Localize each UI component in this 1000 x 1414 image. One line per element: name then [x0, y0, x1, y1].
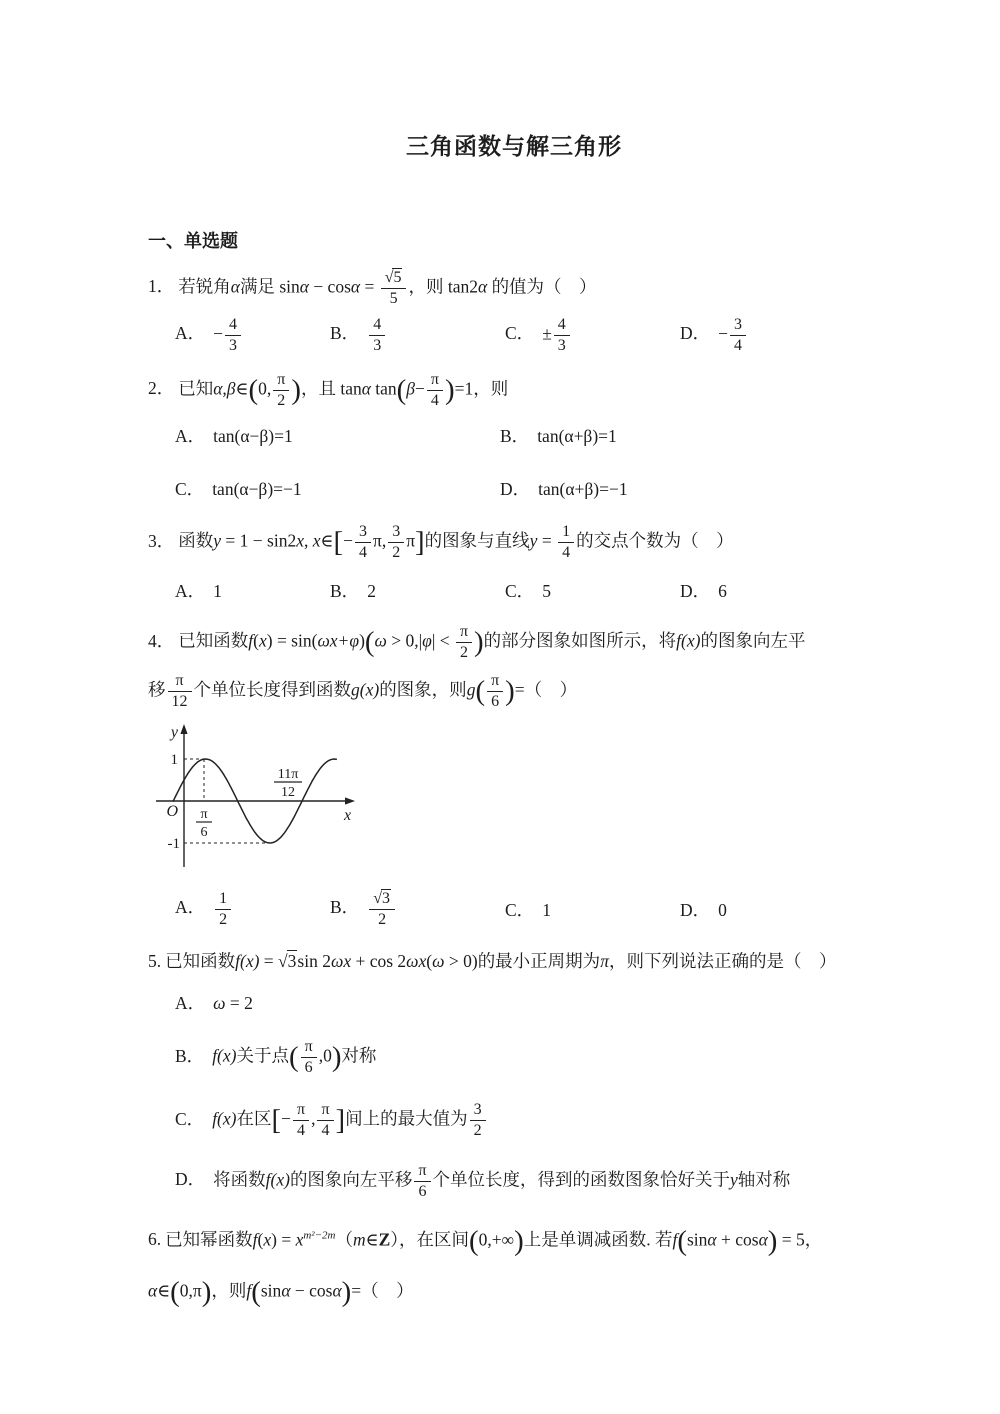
math-run: , [304, 531, 313, 551]
fraction: 34 [730, 316, 746, 355]
variable: ω [213, 993, 225, 1013]
question-2-stem: 2．已知α,β∈(0,π2)，且 tanα tan(β−π4)=1，则 [148, 371, 880, 410]
option-label: B． [330, 581, 359, 601]
right-paren: ) [202, 1276, 212, 1308]
y-min-label: -1 [168, 836, 181, 852]
left-paren: ( [475, 675, 485, 707]
math-run: 0,π [180, 1280, 202, 1300]
fraction: √55 [381, 269, 407, 308]
math-run: = [360, 276, 379, 296]
text-run: 的部分图象如图所示，将 [484, 631, 677, 651]
fraction-denominator: 6 [301, 1057, 317, 1077]
fraction-denominator: 2 [388, 542, 404, 562]
fraction-denominator: 3 [225, 335, 241, 355]
fraction-denominator: 2 [369, 909, 395, 929]
fraction: π4 [293, 1101, 309, 1140]
fraction-denominator: 6 [487, 691, 503, 711]
math-run: = [537, 531, 556, 551]
fraction-numerator: π [293, 1101, 309, 1120]
option-b: B．f(x)关于点(π6,0)对称 [148, 1038, 880, 1077]
text-run: ，则 [408, 276, 447, 296]
option-value: 1 [542, 900, 551, 920]
function-graph: y x O 1 -1 π 6 11π 12 [148, 721, 364, 873]
math-run: tan(α+β)=1 [537, 426, 617, 446]
option-a: A．1 [175, 578, 330, 603]
question-number: 1． [148, 276, 174, 296]
text-run: 在区 [236, 1109, 271, 1129]
right-paren: ) [342, 1276, 352, 1308]
option-a: A．tan(α−β)=1 [175, 423, 500, 448]
math-run: sin 2 [297, 951, 331, 971]
text-run: 移 [148, 679, 166, 699]
text-run: 的交点个数为（ ） [576, 531, 734, 551]
option-label: C． [505, 323, 534, 343]
fraction-numerator: 1 [215, 890, 231, 909]
question-3-stem: 3．函数y = 1 − sin2x, x∈[−34π,32π]的图象与直线y =… [148, 523, 880, 562]
math-run: > 0, [387, 631, 419, 651]
fraction-numerator: π [273, 371, 289, 390]
math-run: , [311, 1109, 315, 1129]
option-label: D． [680, 900, 710, 920]
option-c: C．±43 [505, 316, 680, 355]
math-run: − [415, 378, 425, 398]
fraction-numerator: π [414, 1162, 430, 1181]
option-a: A．12 [175, 890, 330, 929]
option-c: C．5 [505, 578, 680, 603]
question-number: 4． [148, 631, 174, 651]
sign: − [281, 1109, 291, 1129]
radicand: 3 [287, 950, 298, 971]
math-run: > 0 [444, 951, 471, 971]
right-paren: ) [505, 675, 515, 707]
option-b: B．√32 [330, 890, 505, 929]
variable: φ [422, 631, 432, 651]
option-d: D．将函数f(x)的图象向左平移π6个单位长度，得到的函数图象恰好关于y轴对称 [148, 1162, 880, 1201]
fraction-numerator: π [317, 1101, 333, 1120]
radicand: 5 [392, 268, 402, 286]
option-label: C． [175, 479, 204, 499]
math-run: tan(α−β)=1 [213, 426, 293, 446]
fraction-numerator: 4 [369, 316, 385, 335]
variable: α [362, 378, 376, 398]
fraction-denominator: 5 [381, 288, 407, 308]
variable: x [259, 631, 267, 651]
right-bracket: ] [415, 526, 425, 558]
variable: ωx [331, 951, 351, 971]
math-run: ）， [390, 1229, 416, 1249]
text-run: 对称 [341, 1046, 376, 1066]
fraction-denominator: 12 [168, 691, 192, 711]
fraction: 43 [225, 316, 241, 355]
text-run: 上是单调减函数. 若 [524, 1229, 673, 1249]
left-paren: ( [397, 374, 407, 406]
fraction: √32 [369, 890, 395, 929]
text-run: 若锐角 [178, 276, 231, 296]
math-run: ,0 [319, 1046, 332, 1066]
fraction-numerator: 3 [355, 523, 371, 542]
variable: f(x) [676, 631, 700, 651]
right-paren: ) [445, 374, 455, 406]
math-run: ∈ [366, 1229, 379, 1249]
math-run: sin [687, 1229, 707, 1249]
variable: α [148, 1280, 157, 1300]
option-label: B． [500, 426, 529, 446]
text-run: 间上的最大值为 [345, 1109, 468, 1129]
variable: α [478, 276, 487, 296]
fraction-denominator: 4 [317, 1120, 333, 1140]
fraction-numerator: 3 [388, 523, 404, 542]
fraction-numerator: π [200, 807, 207, 822]
fraction: 32 [470, 1101, 486, 1140]
fraction: π4 [427, 371, 443, 410]
question-number: 2． [148, 378, 174, 398]
variable: f(x) [266, 1169, 290, 1189]
variable: x [296, 531, 304, 551]
fraction-denominator: 2 [273, 390, 289, 410]
fraction: π4 [317, 1101, 333, 1140]
text-run: ，则 [211, 1280, 246, 1300]
fraction: π12 [168, 672, 192, 711]
text-run: 已知 [178, 378, 213, 398]
math-run: ∈ [236, 378, 249, 398]
right-bracket: ] [336, 1104, 346, 1136]
option-b: B．tan(α+β)=1 [500, 423, 880, 448]
option-label: C． [505, 581, 534, 601]
math-run: π [406, 531, 415, 551]
fraction-denominator: 2 [215, 909, 231, 929]
variable: x [263, 1229, 271, 1249]
variable: α,β [213, 378, 235, 398]
fraction-numerator: π [427, 371, 443, 390]
question-number: 6. [148, 1229, 161, 1249]
fraction: π6 [414, 1162, 430, 1201]
option-label: D． [680, 323, 710, 343]
sign: − [343, 531, 353, 551]
option-b: B．43 [330, 316, 505, 355]
question-4-stem-line-1: 4．已知函数f(x) = sin(ωx+φ)(ω > 0,|φ| < π2)的部… [148, 623, 880, 662]
radical-icon: √ [373, 890, 381, 907]
option-label: B． [175, 1046, 204, 1066]
math-run: − cos [291, 1280, 333, 1300]
fraction: 43 [554, 316, 570, 355]
text-run: 的图象向左平移 [290, 1169, 413, 1189]
option-d: D．0 [680, 897, 880, 922]
math-run: tan2 [448, 276, 478, 296]
fraction-denominator: 6 [414, 1181, 430, 1201]
question-number: 5. [148, 951, 161, 971]
fraction-numerator: 11π [278, 767, 299, 782]
fraction: π6 [301, 1038, 317, 1077]
variable: ωx+φ [317, 631, 359, 651]
text-run: 轴对称 [738, 1169, 791, 1189]
variable: α [707, 1229, 716, 1249]
option-label: A． [175, 323, 205, 343]
fraction-denominator: 4 [427, 390, 443, 410]
text-run: 个单位长度得到函数 [194, 679, 352, 699]
question-5: 5.已知函数f(x) = √3sin 2ωx + cos 2ωx(ω > 0)的… [148, 951, 880, 1201]
text-run: 满足 [240, 276, 279, 296]
fraction-denominator: 4 [355, 542, 371, 562]
option-label: B． [330, 323, 359, 343]
math-run: tan [375, 378, 396, 398]
option-value: 5 [542, 581, 551, 601]
fraction-denominator: 2 [470, 1120, 486, 1140]
text-run: 的最小正周期为 [478, 951, 601, 971]
variable: x [313, 531, 321, 551]
math-run: = 2 [226, 993, 253, 1013]
origin-label: O [166, 803, 178, 820]
fraction: 14 [558, 523, 574, 562]
left-paren: ( [289, 1041, 299, 1073]
text-run: ，则下列说法正确的是（ ） [609, 951, 837, 971]
text-run: 已知幂函数 [165, 1229, 253, 1249]
text-run: 的图象，则 [379, 679, 467, 699]
fraction-denominator: 2 [456, 642, 472, 662]
math-run: sin [261, 1280, 281, 1300]
left-paren: ( [170, 1276, 180, 1308]
math-run: 0, [258, 378, 271, 398]
option-value: 0 [718, 900, 727, 920]
variable: y [730, 1169, 738, 1189]
radicand: 3 [381, 889, 391, 907]
fraction-numerator: π [456, 623, 472, 642]
exam-page: 三角函数与解三角形 一、单选题 1．若锐角α满足 sinα − cosα = √… [0, 0, 1000, 1414]
radical-icon: √ [278, 951, 287, 971]
math-run: ∈ [321, 531, 334, 551]
x-axis-arrow-icon [345, 797, 355, 804]
fraction-numerator: 4 [554, 316, 570, 335]
option-label: C． [175, 1109, 204, 1129]
question-6-stem-line-1: 6.已知幂函数f(x) = xm²−2m（m∈Z），在区间(0,+∞)上是单调减… [148, 1227, 880, 1256]
fraction-denominator: 3 [369, 335, 385, 355]
question-4-options: A．12 B．√32 C．1 D．0 [148, 890, 880, 929]
variable: α [332, 1280, 341, 1300]
right-paren: ) [514, 1225, 524, 1257]
fraction: 34 [355, 523, 371, 562]
option-d: D．tan(α+β)=−1 [500, 476, 880, 501]
fraction-denominator: 6 [201, 825, 208, 840]
peak-x-tick-label: π 6 [196, 807, 212, 840]
variable: ωx [406, 951, 426, 971]
text-run: 的图象与直线 [425, 531, 530, 551]
y-max-label: 1 [171, 752, 179, 768]
y-axis-arrow-icon [180, 724, 187, 734]
option-label: A． [175, 993, 205, 1013]
right-paren: ) [291, 374, 301, 406]
option-label: A． [175, 581, 205, 601]
fraction-numerator: √5 [381, 269, 407, 288]
fraction: 32 [388, 523, 404, 562]
left-paren: ( [469, 1225, 479, 1257]
fraction-numerator: π [487, 672, 503, 691]
math-run: =（ ） [515, 679, 577, 699]
text-run: 函数 [178, 531, 213, 551]
option-c: C．1 [505, 897, 680, 922]
text-run: 在区间 [417, 1229, 470, 1249]
math-run: ∈ [157, 1280, 170, 1300]
option-c: C．tan(α−β)=−1 [175, 476, 500, 501]
math-run: = 5， [777, 1229, 822, 1249]
option-d: D．−34 [680, 316, 880, 355]
text-run: 已知函数 [165, 951, 235, 971]
math-run: = [259, 951, 278, 971]
right-paren: ) [332, 1041, 342, 1073]
sign: ± [542, 323, 552, 343]
variable: f(x) [235, 951, 259, 971]
math-run: （ [335, 1229, 353, 1249]
fraction: π2 [456, 623, 472, 662]
option-c: C．f(x)在区[−π4,π4]间上的最大值为32 [148, 1101, 880, 1140]
exponent: m²−2m [303, 1230, 335, 1242]
x-axis-label: x [343, 807, 351, 824]
math-run: tan(α−β)=−1 [212, 479, 301, 499]
option-value: 2 [367, 581, 376, 601]
fraction: π2 [273, 371, 289, 410]
left-paren: ( [249, 374, 259, 406]
variable: α [231, 276, 240, 296]
math-run: =1 [455, 378, 474, 398]
question-4-stem-line-2: 移π12个单位长度得到函数g(x)的图象，则g(π6)=（ ） [148, 672, 880, 711]
question-6-stem-line-2: α∈(0,π)，则f(sinα − cosα)=（ ） [148, 1278, 880, 1307]
math-run: + cos [717, 1229, 759, 1249]
fraction-numerator: 4 [225, 316, 241, 335]
question-1-options: A．−43 B．43 C．±43 D．−34 [148, 316, 880, 355]
variable: m [353, 1229, 366, 1249]
left-paren: ( [677, 1225, 687, 1257]
math-run: = 1 − sin2 [221, 531, 296, 551]
left-paren: ( [365, 626, 375, 658]
math-run: tan(α+β)=−1 [538, 479, 627, 499]
left-paren: ( [251, 1276, 261, 1308]
math-run: | < [432, 631, 454, 651]
variable: π [600, 951, 609, 971]
variable: y [213, 531, 221, 551]
integer-set-symbol: Z [379, 1229, 391, 1249]
option-b: B．2 [330, 578, 505, 603]
fraction-numerator: 3 [730, 316, 746, 335]
math-run: π, [373, 531, 386, 551]
fraction-numerator: 3 [470, 1101, 486, 1120]
left-bracket: [ [271, 1104, 281, 1136]
variable: α [351, 276, 360, 296]
option-label: A． [175, 426, 205, 446]
text-run: 关于点 [236, 1046, 289, 1066]
exam-title: 三角函数与解三角形 [148, 128, 880, 161]
question-2-options-row-2: C．tan(α−β)=−1 D．tan(α+β)=−1 [148, 476, 880, 501]
fraction-numerator: π [168, 672, 192, 691]
fraction-numerator: 1 [558, 523, 574, 542]
math-run: =（ ） [351, 1280, 413, 1300]
y-axis-label: y [169, 724, 179, 741]
fraction: π6 [487, 672, 503, 711]
sign: − [213, 323, 223, 343]
math-run: tan [340, 378, 361, 398]
fraction-denominator: 4 [293, 1120, 309, 1140]
question-6: 6.已知幂函数f(x) = xm²−2m（m∈Z），在区间(0,+∞)上是单调减… [148, 1227, 880, 1307]
variable: β [406, 378, 415, 398]
option-a: A．ω = 2 [148, 993, 880, 1015]
option-d: D．6 [680, 578, 880, 603]
variable: ω [375, 631, 387, 651]
variable: α [281, 1280, 290, 1300]
text-run: 将函数 [213, 1169, 266, 1189]
fraction-numerator: π [301, 1038, 317, 1057]
question-1: 1．若锐角α满足 sinα − cosα = √55，则 tan2α 的值为（ … [148, 269, 880, 355]
variable: f(x) [212, 1046, 236, 1066]
math-run: = sin [273, 631, 312, 651]
question-number: 3． [148, 531, 174, 551]
fraction: 12 [215, 890, 231, 929]
right-paren: ) [474, 626, 484, 658]
variable: ω [432, 951, 444, 971]
right-paren: ) [768, 1225, 778, 1257]
text-run: 的图象向左平 [700, 631, 805, 651]
question-4: 4．已知函数f(x) = sin(ωx+φ)(ω > 0,|φ| < π2)的部… [148, 623, 880, 928]
fraction-numerator: √3 [369, 890, 395, 909]
text-run: ，则 [473, 378, 508, 398]
option-label: B． [330, 897, 359, 917]
fraction-denominator: 4 [558, 542, 574, 562]
option-label: C． [505, 900, 534, 920]
option-a: A．−43 [175, 316, 330, 355]
question-1-stem: 1．若锐角α满足 sinα − cosα = √55，则 tan2α 的值为（ … [148, 269, 880, 308]
fraction-denominator: 3 [554, 335, 570, 355]
option-label: D． [500, 479, 530, 499]
text-run: ，且 [301, 378, 340, 398]
sign: − [718, 323, 728, 343]
question-5-stem: 5.已知函数f(x) = √3sin 2ωx + cos 2ωx(ω > 0)的… [148, 951, 880, 973]
option-label: D． [175, 1169, 205, 1189]
math-run: = [277, 1229, 296, 1249]
question-2: 2．已知α,β∈(0,π2)，且 tanα tan(β−π4)=1，则 A．ta… [148, 371, 880, 502]
variable: f(x) [212, 1109, 236, 1129]
math-run: 0,+∞ [479, 1229, 514, 1249]
option-value: 6 [718, 581, 727, 601]
option-label: A． [175, 897, 205, 917]
left-bracket: [ [333, 526, 343, 558]
math-run: + cos 2 [351, 951, 406, 971]
option-value: 1 [213, 581, 222, 601]
variable: α [759, 1229, 768, 1249]
text-run: 已知函数 [178, 631, 248, 651]
option-label: D． [680, 581, 710, 601]
text-run: 个单位长度，得到的函数图象恰好关于 [433, 1169, 731, 1189]
math-run: sin [279, 276, 299, 296]
question-2-options-row-1: A．tan(α−β)=1 B．tan(α+β)=1 [148, 423, 880, 448]
fraction-denominator: 12 [281, 785, 295, 800]
fraction: 43 [369, 316, 385, 355]
math-run: − cos [309, 276, 351, 296]
question-3: 3．函数y = 1 − sin2x, x∈[−34π,32π]的图象与直线y =… [148, 523, 880, 603]
variable: α [300, 276, 309, 296]
fraction-denominator: 4 [730, 335, 746, 355]
text-run: 的值为（ ） [487, 276, 596, 296]
question-3-options: A．1 B．2 C．5 D．6 [148, 578, 880, 603]
section-heading: 一、单选题 [148, 227, 880, 253]
variable: g(x) [351, 679, 379, 699]
zero-x-tick-label: 11π 12 [274, 767, 302, 800]
